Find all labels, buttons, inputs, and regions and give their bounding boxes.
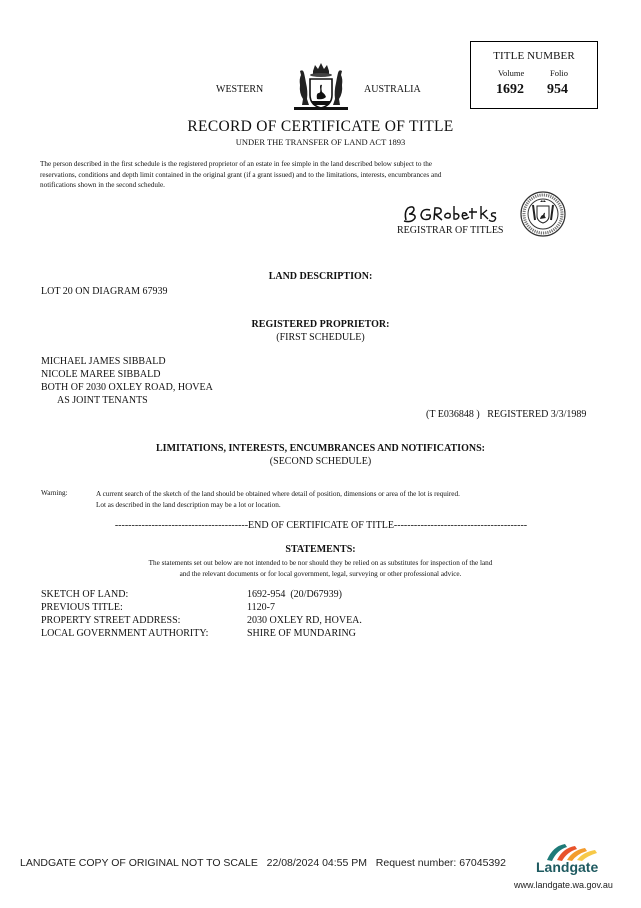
document-subtitle: UNDER THE TRANSFER OF LAND ACT 1893 bbox=[0, 137, 641, 147]
footer-copy-notice: LANDGATE COPY OF ORIGINAL NOT TO SCALE 2… bbox=[20, 857, 506, 869]
landgate-brand: Landgate bbox=[536, 859, 598, 875]
header-australia: AUSTRALIA bbox=[364, 84, 421, 95]
registrar-title: REGISTRAR OF TITLES bbox=[397, 225, 504, 236]
registration-reference: (T E036848 ) REGISTERED 3/3/1989 bbox=[426, 408, 586, 421]
statements-note-line: The statements set out below are not int… bbox=[0, 558, 641, 569]
landgate-url[interactable]: www.landgate.wa.gov.au bbox=[514, 880, 613, 890]
previous-title-value: 1120-7 bbox=[247, 602, 275, 613]
registrar-signature bbox=[400, 202, 512, 226]
preamble-line: notifications shown in the second schedu… bbox=[40, 180, 560, 191]
property-address-value: 2030 OXLEY RD, HOVEA. bbox=[247, 615, 362, 626]
statements-heading: STATEMENTS: bbox=[0, 544, 641, 555]
volume-label: Volume bbox=[498, 68, 524, 78]
preamble-line: The person described in the first schedu… bbox=[40, 159, 560, 170]
statements-note-line: and the relevant documents or for local … bbox=[0, 569, 641, 580]
first-schedule-subheading: (FIRST SCHEDULE) bbox=[0, 332, 641, 343]
preamble-line: reservations, conditions and depth limit… bbox=[40, 170, 560, 181]
second-schedule-heading: LIMITATIONS, INTERESTS, ENCUMBRANCES AND… bbox=[0, 443, 641, 454]
proprietor-line: BOTH OF 2030 OXLEY ROAD, HOVEA bbox=[41, 381, 213, 394]
sketch-of-land-value: 1692-954 (20/D67939) bbox=[247, 589, 342, 600]
warning-line: A current search of the sketch of the la… bbox=[96, 489, 556, 500]
folio-label: Folio bbox=[550, 68, 568, 78]
statements-note: The statements set out below are not int… bbox=[0, 558, 641, 579]
property-address-label: PROPERTY STREET ADDRESS: bbox=[41, 615, 180, 626]
proprietor-line: NICOLE MAREE SIBBALD bbox=[41, 368, 213, 381]
warning-line: Lot as described in the land description… bbox=[96, 500, 556, 511]
volume-value: 1692 bbox=[496, 82, 524, 98]
local-government-value: SHIRE OF MUNDARING bbox=[247, 628, 356, 639]
previous-title-label: PREVIOUS TITLE: bbox=[41, 602, 123, 613]
registrar-of-titles-seal-icon bbox=[519, 190, 567, 238]
proprietor-line: AS JOINT TENANTS bbox=[41, 394, 213, 407]
preamble: The person described in the first schedu… bbox=[40, 159, 560, 191]
document-title: RECORD OF CERTIFICATE OF TITLE bbox=[0, 118, 641, 136]
warning-label: Warning: bbox=[41, 489, 68, 497]
local-government-label: LOCAL GOVERNMENT AUTHORITY: bbox=[41, 628, 208, 639]
wa-coat-of-arms-icon bbox=[290, 61, 352, 113]
sketch-of-land-label: SKETCH OF LAND: bbox=[41, 589, 128, 600]
header-western: WESTERN bbox=[216, 84, 263, 95]
folio-value: 954 bbox=[547, 82, 568, 98]
proprietor-list: MICHAEL JAMES SIBBALD NICOLE MAREE SIBBA… bbox=[41, 355, 213, 407]
proprietor-line: MICHAEL JAMES SIBBALD bbox=[41, 355, 213, 368]
registered-proprietor-heading: REGISTERED PROPRIETOR: bbox=[0, 319, 641, 330]
land-description-text: LOT 20 ON DIAGRAM 67939 bbox=[41, 285, 167, 298]
second-schedule-subheading: (SECOND SCHEDULE) bbox=[0, 456, 641, 467]
title-number-box: TITLE NUMBER Volume Folio 1692 954 bbox=[470, 41, 598, 109]
end-of-certificate-marker: ----------------------------------------… bbox=[96, 520, 546, 531]
warning-text: A current search of the sketch of the la… bbox=[96, 489, 556, 510]
land-description-heading: LAND DESCRIPTION: bbox=[0, 271, 641, 282]
title-number-heading: TITLE NUMBER bbox=[471, 50, 597, 62]
